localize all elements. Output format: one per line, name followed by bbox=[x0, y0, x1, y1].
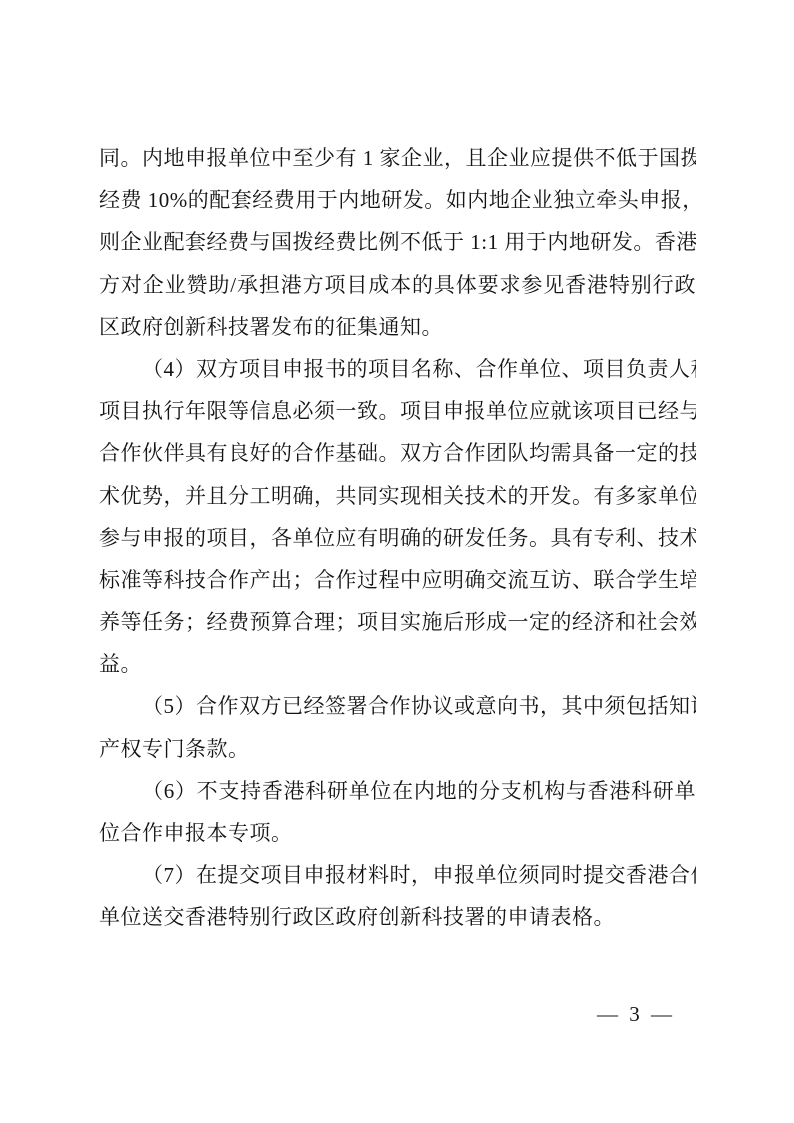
text-line: 区政府创新科技署发布的征集通知。 bbox=[99, 306, 696, 348]
text-line: 位合作申报本专项。 bbox=[99, 812, 696, 854]
text-line: 单位送交香港特别行政区政府创新科技署的申请表格。 bbox=[99, 896, 696, 938]
paragraph-start-line: （7）在提交项目申报材料时，申报单位须同时提交香港合作 bbox=[99, 854, 696, 896]
paragraph-start-line: （6）不支持香港科研单位在内地的分支机构与香港科研单 bbox=[99, 770, 696, 812]
text-line: 益。 bbox=[99, 643, 696, 685]
document-page: 同。内地申报单位中至少有 1 家企业，且企业应提供不低于国拨 经费 10%的配套… bbox=[0, 0, 794, 1123]
text-line: 养等任务；经费预算合理；项目实施后形成一定的经济和社会效 bbox=[99, 601, 696, 643]
text-line: 合作伙伴具有良好的合作基础。双方合作团队均需具备一定的技 bbox=[99, 432, 696, 474]
text-line: 产权专门条款。 bbox=[99, 728, 696, 770]
text-line: 经费 10%的配套经费用于内地研发。如内地企业独立牵头申报， bbox=[99, 179, 696, 221]
text-line: 标准等科技合作产出；合作过程中应明确交流互访、联合学生培 bbox=[99, 559, 696, 601]
document-body: 同。内地申报单位中至少有 1 家企业，且企业应提供不低于国拨 经费 10%的配套… bbox=[99, 137, 696, 939]
paragraph-start-line: （5）合作双方已经签署合作协议或意向书，其中须包括知识 bbox=[99, 685, 696, 727]
text-line: 方对企业赞助/承担港方项目成本的具体要求参见香港特别行政 bbox=[99, 264, 696, 306]
text-line: 同。内地申报单位中至少有 1 家企业，且企业应提供不低于国拨 bbox=[99, 137, 696, 179]
page-number: — 3 — bbox=[597, 999, 675, 1029]
text-line: 术优势，并且分工明确，共同实现相关技术的开发。有多家单位 bbox=[99, 475, 696, 517]
text-line: 参与申报的项目，各单位应有明确的研发任务。具有专利、技术 bbox=[99, 517, 696, 559]
text-line: 项目执行年限等信息必须一致。项目申报单位应就该项目已经与 bbox=[99, 390, 696, 432]
text-line: 则企业配套经费与国拨经费比例不低于 1:1 用于内地研发。香港 bbox=[99, 221, 696, 263]
paragraph-start-line: （4）双方项目申报书的项目名称、合作单位、项目负责人和 bbox=[99, 348, 696, 390]
